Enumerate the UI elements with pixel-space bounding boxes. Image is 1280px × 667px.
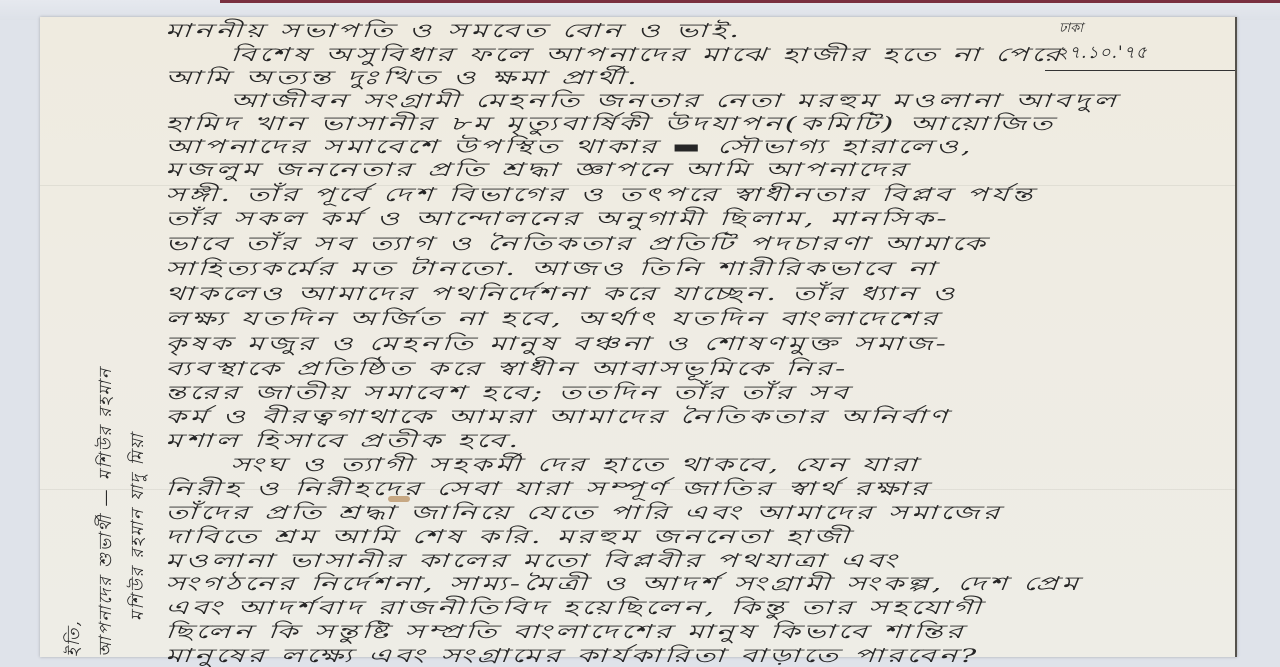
- letter-body: মাননীয় সভাপতি ও সমবেত বোন ও ভাই.বিশেষ অ…: [40, 17, 1235, 657]
- margin-signature: ইতি, আপনাদের শুভার্থী — মশিউর রহমান মশিউ…: [58, 367, 154, 657]
- margin-line: আপনাদের শুভার্থী — মশিউর রহমান: [90, 367, 122, 657]
- top-edge-strip: [220, 0, 1280, 3]
- margin-line: ইতি,: [58, 367, 90, 657]
- margin-line: মশিউর রহমান যাদু মিয়া: [122, 367, 154, 621]
- letter-paper: ঢাকা ২৭.১০.'৭৫ মাননীয় সভাপতি ও সমবেত বো…: [40, 17, 1237, 657]
- handwritten-line: মানুষের লক্ষ্যে এবং সংগ্রামের কার্যকারিত…: [165, 642, 980, 667]
- stain-mark: [388, 496, 410, 502]
